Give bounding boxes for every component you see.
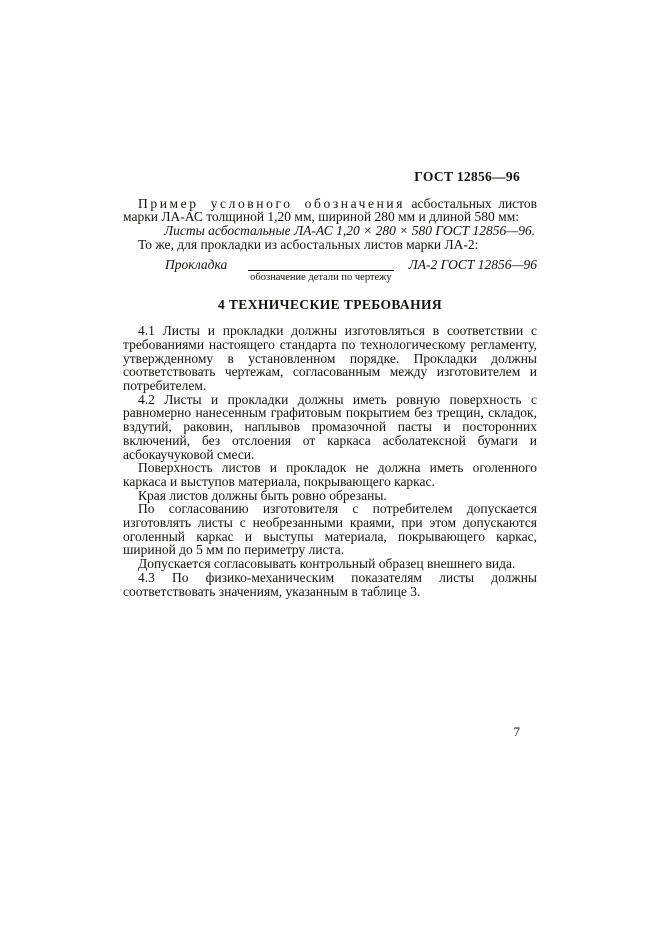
gasket-fill-in-area: обозначение детали по чертежу: [241, 258, 400, 283]
page-number: 7: [514, 724, 521, 740]
gasket-designation-row: Прокладка обозначение детали по чертежу …: [123, 258, 537, 283]
gasket-label: Прокладка: [165, 258, 227, 272]
paragraph-surface: Поверхность листов и прокладок не должна…: [123, 461, 537, 488]
paragraph-4-1: 4.1 Листы и прокладки должны изготовлять…: [123, 324, 537, 393]
fill-in-blank-line: [248, 258, 395, 271]
example-designation-paragraph: Пример условного обозначения асбостальны…: [123, 197, 537, 224]
sheet-designation-line: Листы асбостальные ЛА-АС 1,20 × 280 × 58…: [123, 224, 537, 238]
paragraph-control-sample: Допускается согласовывать контрольный об…: [123, 557, 537, 571]
fill-in-blank-caption: обозначение детали по чертежу: [250, 272, 392, 283]
standard-number-header: ГОСТ 12856—96: [123, 170, 537, 184]
paragraph-edges: Края листов должны быть ровно обрезаны.: [123, 489, 537, 503]
gasket-designation: ЛА-2 ГОСТ 12856—96: [409, 258, 537, 272]
paragraph-4-3: 4.3 По физико-механическим показателям л…: [123, 571, 537, 598]
same-as-line: То же, для прокладки из асбостальных лис…: [123, 238, 537, 252]
paragraph-4-2: 4.2 Листы и прокладки должны иметь ровну…: [123, 393, 537, 462]
section-heading: 4 ТЕХНИЧЕСКИЕ ТРЕБОВАНИЯ: [123, 298, 537, 312]
document-page: ГОСТ 12856—96 Пример условного обозначен…: [0, 0, 661, 935]
paragraph-agreement: По согласованию изготовителя с потребите…: [123, 502, 537, 557]
page-content: ГОСТ 12856—96 Пример условного обозначен…: [123, 170, 537, 598]
